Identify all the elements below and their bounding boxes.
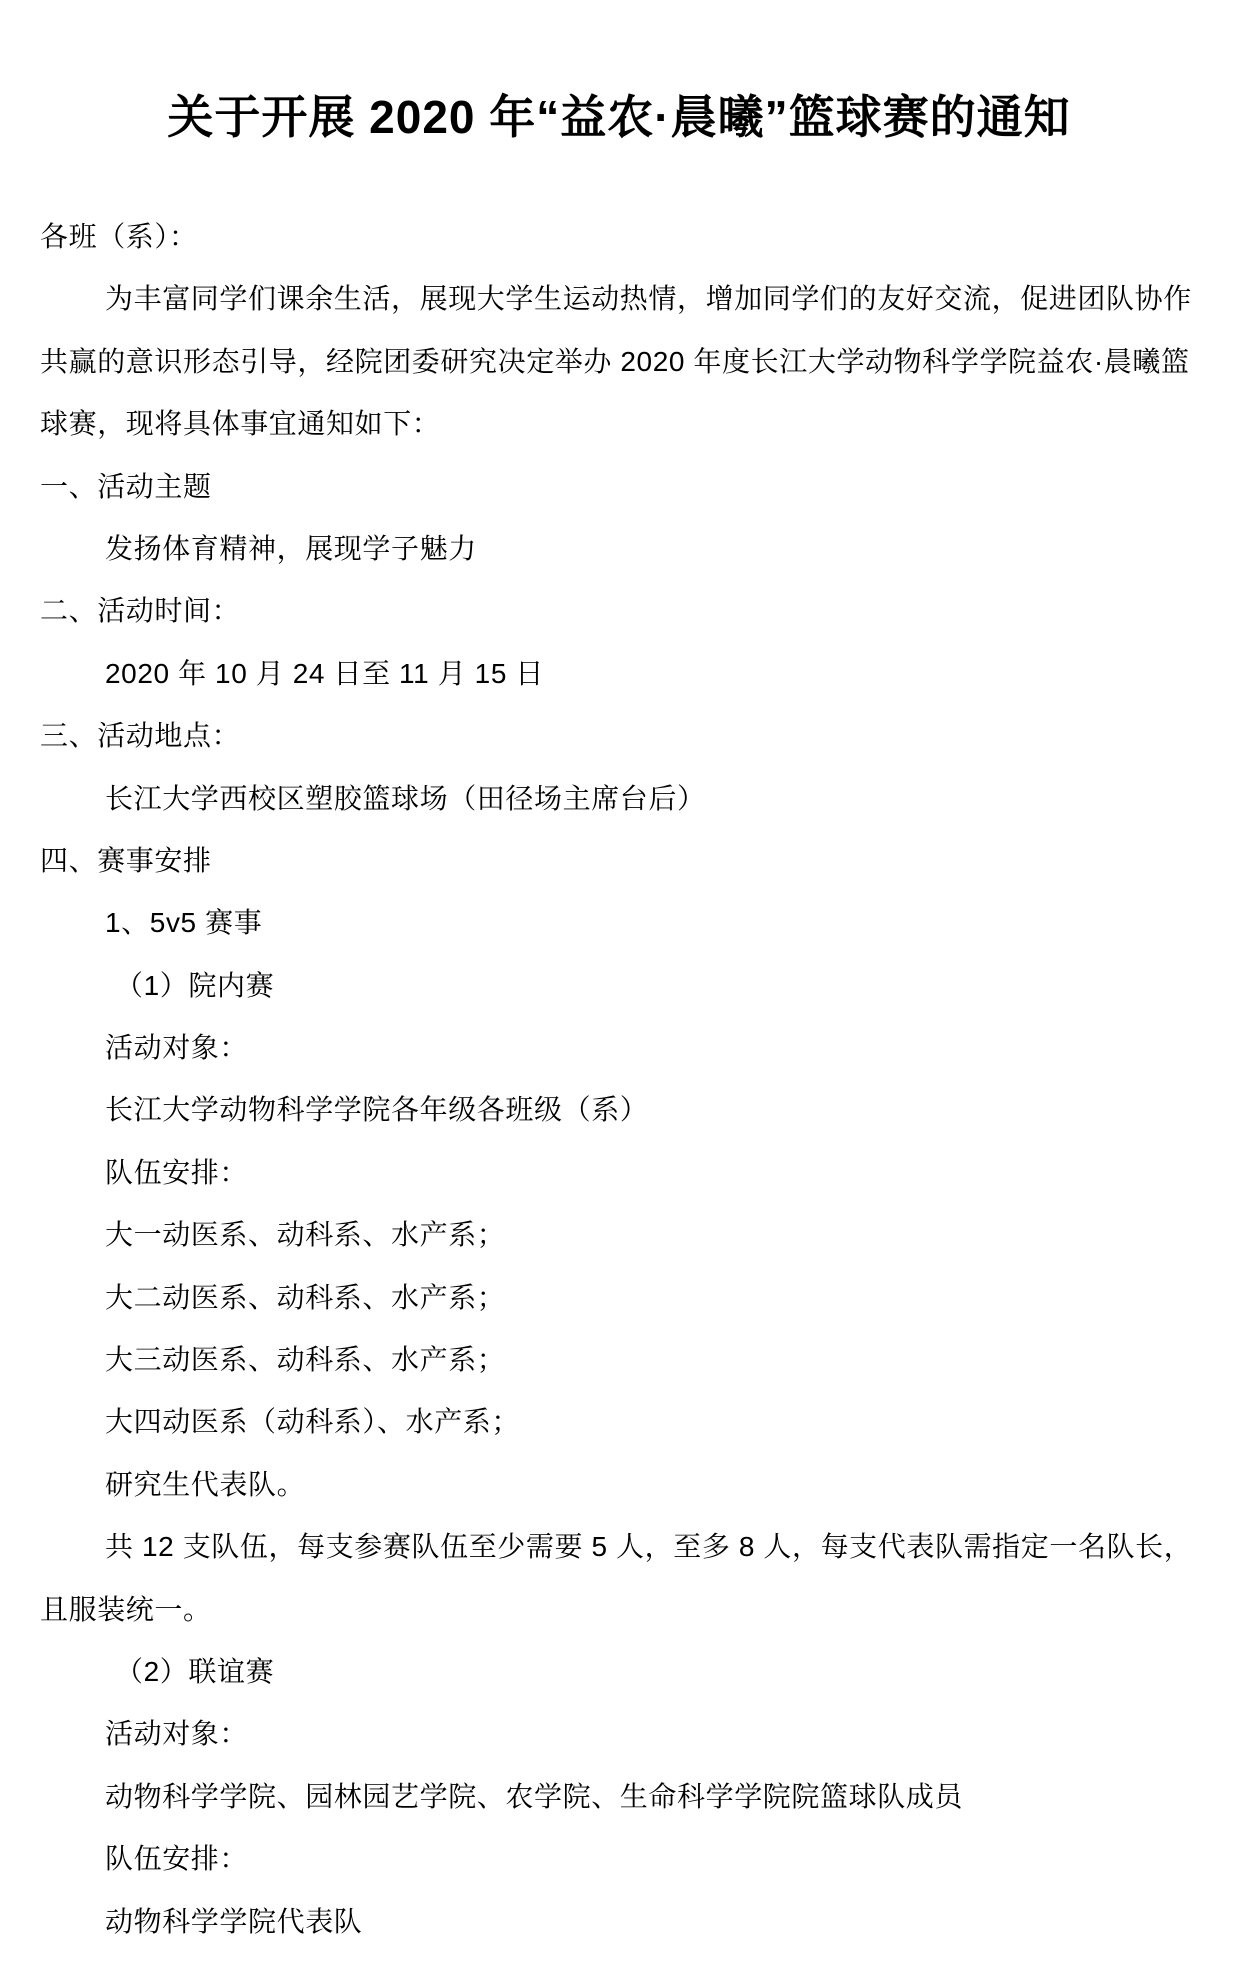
document-line: 三、活动地点： (0, 705, 1238, 767)
document-line: 为丰富同学们课余生活，展现大学生运动热情，增加同学们的友好交流，促进团队协作 (0, 268, 1238, 330)
document-page: 关于开展 2020 年“益农·晨曦”篮球赛的通知 各班（系）：为丰富同学们课余生… (0, 0, 1238, 1983)
document-line: 研究生代表队。 (0, 1454, 1238, 1516)
document-line: 共 12 支队伍，每支参赛队伍至少需要 5 人，至多 8 人，每支代表队需指定一… (0, 1516, 1238, 1578)
document-line: 长江大学动物科学学院各年级各班级（系） (0, 1079, 1238, 1141)
document-line: 队伍安排： (0, 1828, 1238, 1890)
document-line: 各班（系）： (0, 206, 1238, 268)
document-line: 1、5v5 赛事 (0, 892, 1238, 954)
document-line: 大四动医系（动科系）、水产系； (0, 1391, 1238, 1453)
document-line: 且服装统一。 (0, 1579, 1238, 1641)
document-line: 长江大学西校区塑胶篮球场（田径场主席台后） (0, 768, 1238, 830)
document-line: 二、活动时间： (0, 580, 1238, 642)
document-line: 共赢的意识形态引导，经院团委研究决定举办 2020 年度长江大学动物科学学院益农… (0, 331, 1238, 393)
page-title: 关于开展 2020 年“益农·晨曦”篮球赛的通知 (0, 93, 1238, 141)
document-line: 队伍安排： (0, 1142, 1238, 1204)
document-body: 各班（系）：为丰富同学们课余生活，展现大学生运动热情，增加同学们的友好交流，促进… (0, 206, 1238, 1953)
document-line: 大二动医系、动科系、水产系； (0, 1267, 1238, 1329)
document-line: 动物科学学院、园林园艺学院、农学院、生命科学学院院篮球队成员 (0, 1766, 1238, 1828)
document-line: 2020 年 10 月 24 日至 11 月 15 日 (0, 643, 1238, 705)
document-line: （2）联谊赛 (0, 1641, 1238, 1703)
document-line: 四、赛事安排 (0, 830, 1238, 892)
document-line: 动物科学学院代表队 (0, 1891, 1238, 1953)
document-line: 发扬体育精神，展现学子魅力 (0, 518, 1238, 580)
document-line: 球赛，现将具体事宜通知如下： (0, 393, 1238, 455)
document-line: 大三动医系、动科系、水产系； (0, 1329, 1238, 1391)
document-line: 活动对象： (0, 1017, 1238, 1079)
document-line: 活动对象： (0, 1703, 1238, 1765)
document-line: 大一动医系、动科系、水产系； (0, 1204, 1238, 1266)
document-line: 一、活动主题 (0, 456, 1238, 518)
document-line: （1）院内赛 (0, 955, 1238, 1017)
